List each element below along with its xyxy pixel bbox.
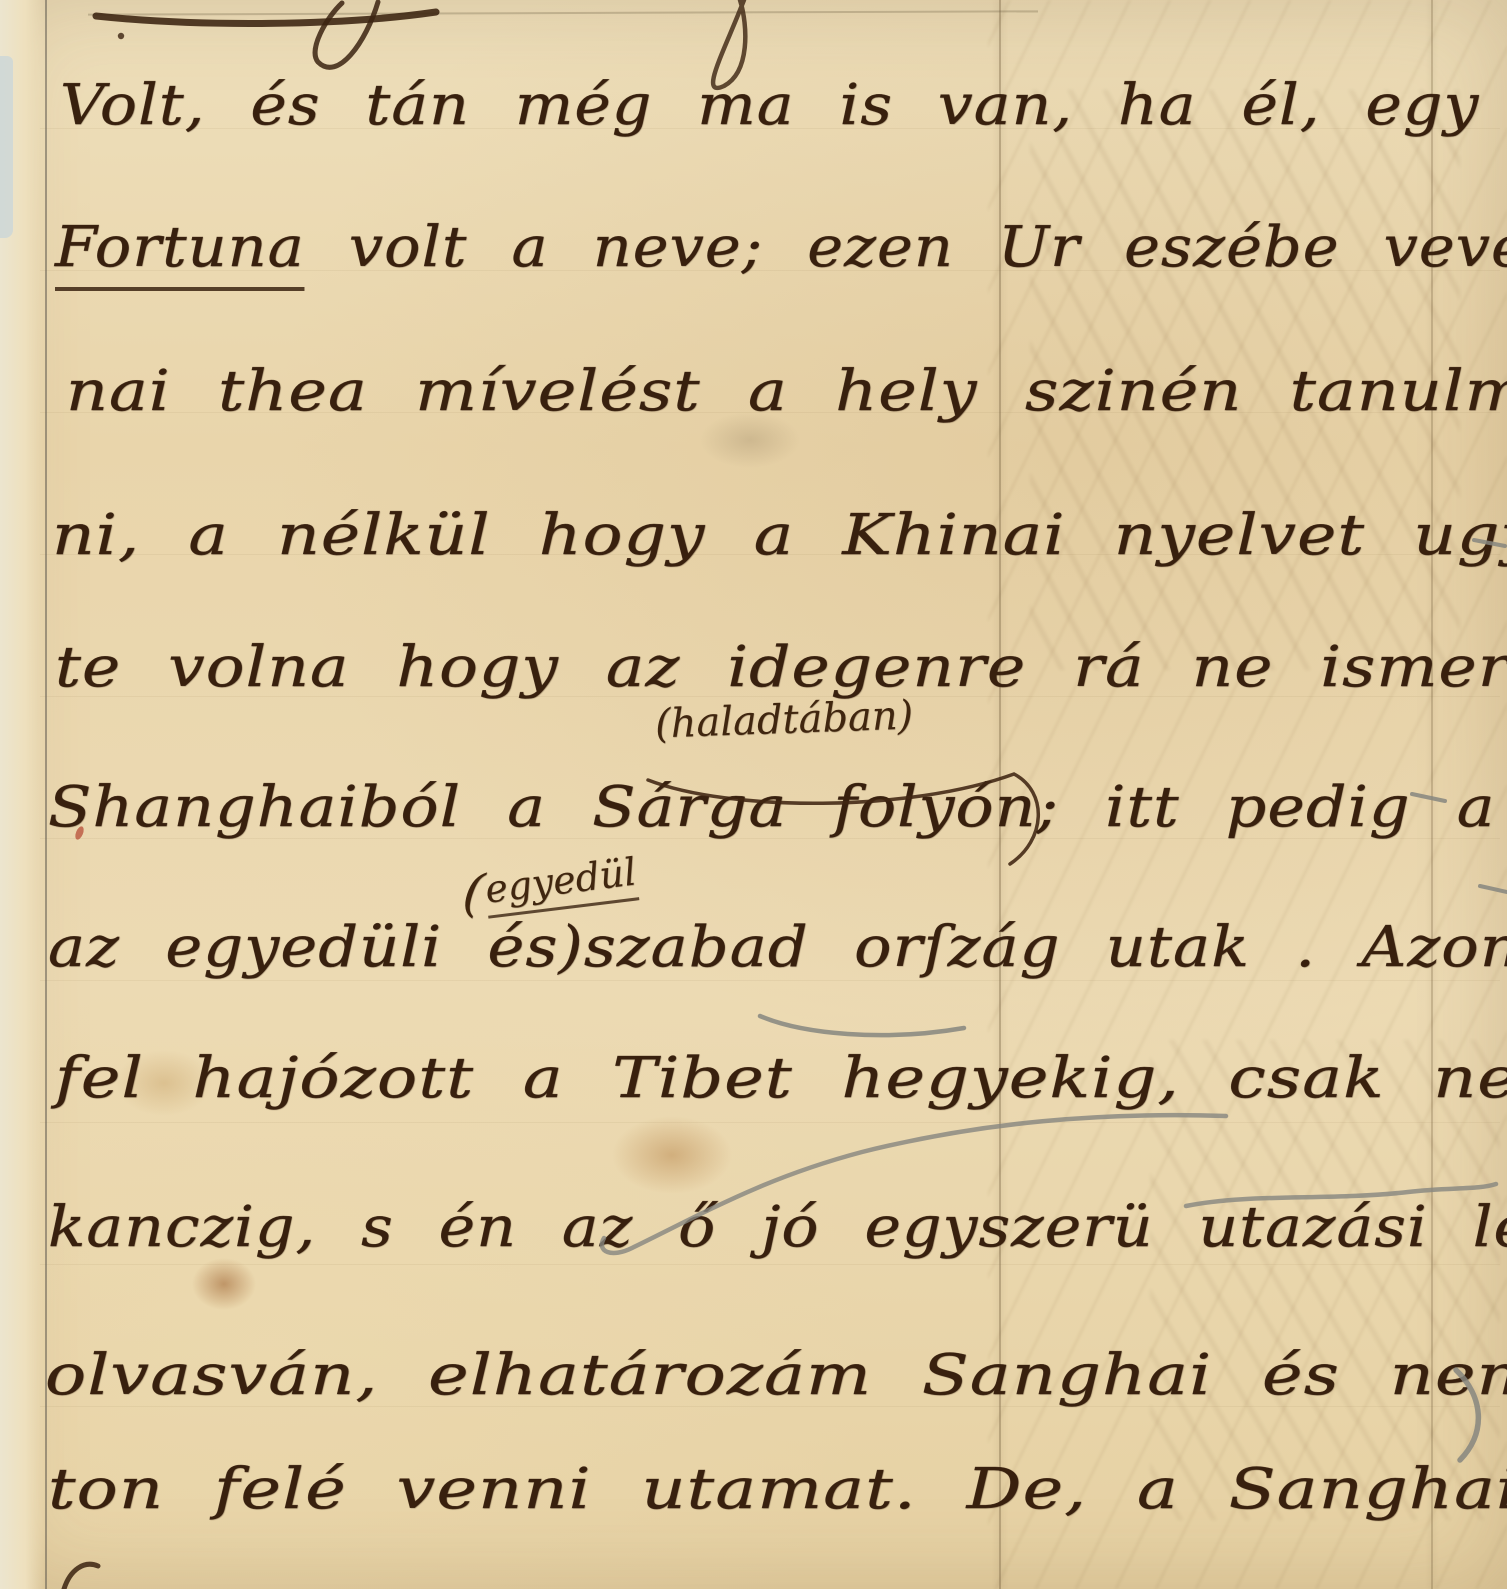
pencil-margin-dash [1480,886,1507,892]
handwriting-line-6: Shanghaiból a Sárga folyón; itt pedig a … [48,780,1507,836]
line-text: olvasván, elhatározám Sanghai és nem Kan [45,1343,1507,1408]
paper-left-edge [0,0,46,1589]
line-text: az egyedüli és)szabad orſzág utak . Azon… [48,915,1507,980]
line-text: Shanghaiból a Sárga folyón; itt pedig a … [48,775,1507,840]
faint-top-rule [88,10,1038,15]
handwriting-line-10: olvasván, elhatározám Sanghai és nem Kan… [45,1348,1507,1404]
ink-bleed-through [1150,1040,1500,1520]
handwriting-line-1: Volt, és tán még ma is van, ha él, egy á… [60,78,1507,134]
insertion-text: (haladtában) [654,693,914,748]
handwriting-line-5: te volna hogy az idegenre rá ne ismerhet… [55,640,1507,696]
interlinear-insertion-egyedul: (egyedül [459,842,638,915]
line-text: te volna hogy az idegenre rá ne ismerhet… [55,635,1507,700]
manuscript-page: Volt, és tán még ma is van, ha él, egy á… [0,0,1507,1589]
pencil-underline-orszag-utak [760,1016,964,1035]
ink-dot [118,33,124,39]
paper-stain [192,1258,256,1310]
backing-sheet-sliver [0,56,13,238]
line-text: nai thea mívelést a hely szinén tanulmán… [66,359,1507,424]
handwriting-line-4: ni, a nélkül hogy a Khinai nyelvet ugy b… [52,508,1507,564]
cutoff-next-line-stroke [64,1564,98,1589]
cutoff-descender-loop [315,2,378,67]
line-text: Volt, és tán még ma is van, ha él, egy á… [60,73,1507,138]
line-text: ton felé venni utamat. De, a Sanghaiba m… [48,1457,1507,1522]
underlined-word-fortuna: Fortuna [55,215,305,291]
line-text: volt a neve; ezen Ur eszébe vevé, a Khi [305,215,1507,280]
paper-stain [612,1116,732,1194]
insertion-caret-paren: ( [460,866,486,920]
line-text: fel hajózott a Tibet hegyekig, csak nem … [55,1046,1507,1111]
handwriting-line-9: kanczig, s én az ő jó egyszerü utazási l… [48,1200,1507,1256]
handwriting-line-2: Fortuna volt a neve; ezen Ur eszébe vevé… [55,220,1507,276]
insertion-text: egyedül [483,850,640,919]
handwriting-line-3: nai thea mívelést a hely szinén tanulmán… [66,364,1507,420]
line-text: ni, a nélkül hogy a Khinai nyelvet ugy b… [52,503,1507,568]
handwriting-line-11: ton felé venni utamat. De, a Sanghaiba m… [48,1462,1507,1518]
handwriting-line-8: fel hajózott a Tibet hegyekig, csak nem … [55,1051,1507,1107]
cutoff-line-underline [96,12,436,23]
handwriting-line-7: az egyedüli és)szabad orſzág utak . Azon… [48,920,1507,976]
line-text: kanczig, s én az ő jó egyszerü utazási l… [48,1195,1507,1260]
interlinear-insertion-haladtaban: (haladtában) [654,696,913,745]
